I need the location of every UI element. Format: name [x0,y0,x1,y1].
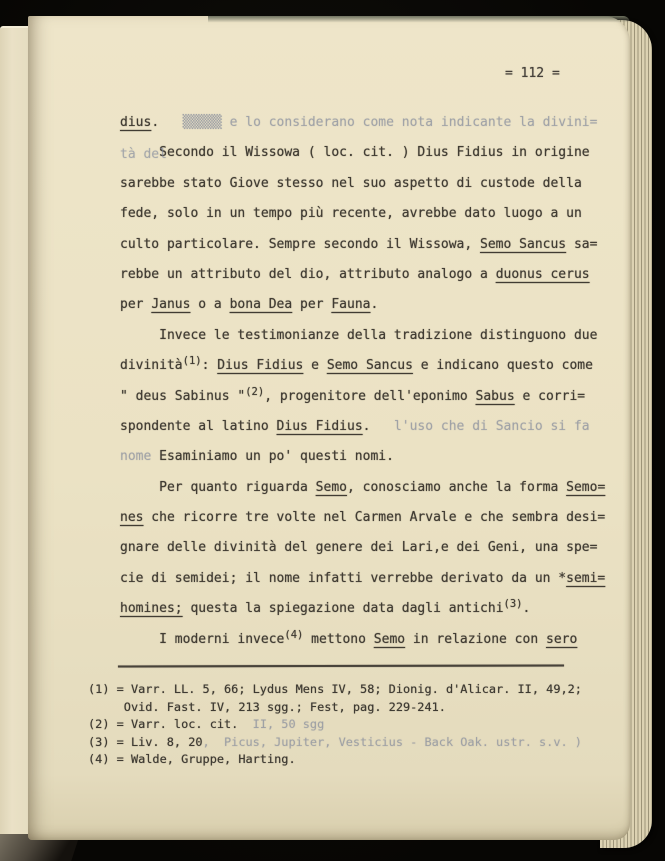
text-run: I moderni invece [120,632,284,647]
typewritten-line: homines; questa la spiegazione data dagl… [120,601,605,631]
text-run: fede, solo in un tempo più recente, avre… [120,206,582,221]
text-run: Dius Fidius [277,419,363,434]
text-run: II, 50 sgg [238,717,324,731]
typewritten-line: nes che ricorre tre volte nel Carmen Arv… [120,510,605,540]
text-run: per [292,297,331,312]
typewritten-line: cie di semidei; il nome infatti verrebbe… [120,571,605,601]
text-run: cie di semidei; il nome infatti verrebbe… [120,571,566,586]
text-run: nome [120,449,151,464]
text-run: Dius Fidius [217,358,303,373]
text-run: , conosciamo anche la forma [347,480,566,495]
text-run: (1) = Varr. LL. 5, 66; Lydus Mens IV, 58… [88,682,582,696]
text-run: Semo Sancus [480,237,566,252]
text-run: Semo= [566,480,605,495]
text-run: l'uso che di Sancio si fa [370,419,589,434]
text-run: divinità [120,358,183,373]
typewritten-line: (1) = Varr. LL. 5, 66; Lydus Mens IV, 58… [88,682,582,700]
book-scan: = 112 = dius. ▒▒▒▒▒ e lo considerano com… [0,0,665,861]
text-run: (2) [245,386,264,398]
text-run: spondente al latino [120,419,277,434]
text-run: Semo [316,480,347,495]
text-run: (4) [284,629,303,641]
text-run: Fauna [331,297,370,312]
typewritten-line: (3) = Liv. 8, 20, Picus, Jupiter, Vestic… [88,735,582,753]
typewritten-line: Invece le testimonianze della tradizione… [120,328,605,358]
typewritten-line: nome Esaminiamo un po' questi nomi. [120,449,605,479]
text-run: Semo [374,632,405,647]
text-run [159,115,182,130]
text-run: Secondo il Wissowa ( loc. cit. ) Dius Fi… [120,145,590,160]
text-run: in relazione con [405,632,546,647]
text-run: : [202,358,218,373]
text-run: bona Dea [230,297,293,312]
text-run: , Picus, Jupiter, Vesticius - Back Oak. … [203,735,582,749]
text-run: sa= [566,237,597,252]
text-run: Janus [151,297,190,312]
typewritten-line: rebbe un attributo del dio, attributo an… [120,267,605,297]
footnotes: (1) = Varr. LL. 5, 66; Lydus Mens IV, 58… [88,682,582,770]
text-run: Ovid. Fast. IV, 213 sgg.; Fest, pag. 229… [88,700,446,714]
text-run: e indicano questo come [413,358,593,373]
text-run: . [151,115,159,130]
text-run: per [120,297,151,312]
typewritten-line: dius. ▒▒▒▒▒ e lo considerano come nota i… [120,115,605,145]
text-run: culto particolare. Sempre secondo il Wis… [120,237,480,252]
text-run: sero [546,632,577,647]
text-run: Per quanto riguarda [120,480,316,495]
text-run: questa la spiegazione data dagli antichi [183,601,504,616]
text-run: gnare delle divinità del genere dei Lari… [120,540,597,555]
text-run: sarebbe stato Giove stesso nel suo aspet… [120,176,582,191]
typewritten-line: gnare delle divinità del genere dei Lari… [120,540,605,570]
page-top-edge [208,16,630,23]
typewritten-line: sarebbe stato Giove stesso nel suo aspet… [120,176,605,206]
text-run: e corri= [515,389,585,404]
typewritten-line: (2) = Varr. loc. cit. II, 50 sgg [88,717,582,735]
typewritten-line: I moderni invece(4) mettono Semo in rela… [120,632,605,662]
ghost-text-fragment: tà del [120,147,167,162]
text-run: " deus Sabinus " [120,389,245,404]
text-run: dius [120,115,151,130]
typewritten-line: divinità(1): Dius Fidius e Semo Sancus e… [120,358,605,388]
typewritten-line: Per quanto riguarda Semo, conosciamo anc… [120,480,605,510]
text-run: . [371,297,379,312]
text-run: e [303,358,326,373]
text-run: , progenitore dell'eponimo [264,389,475,404]
typewritten-line: per Janus o a bona Dea per Fauna. [120,297,605,327]
text-run: rebbe un attributo del dio, attributo an… [120,267,496,282]
typewritten-line: spondente al latino Dius Fidius. l'uso c… [120,419,605,449]
typewritten-line: (4) = Walde, Gruppe, Harting. [88,752,582,770]
typewritten-line: Secondo il Wissowa ( loc. cit. ) Dius Fi… [120,145,605,175]
text-run: nes [120,510,143,525]
text-run: (3) [504,598,523,610]
text-run: ▒▒▒▒▒ [183,115,222,130]
typewritten-line: Ovid. Fast. IV, 213 sgg.; Fest, pag. 229… [88,700,582,718]
text-run: semi= [566,571,605,586]
text-run: . [523,601,531,616]
text-run: (1) [183,355,202,367]
text-run: (3) = Liv. 8, 20 [88,735,203,749]
typewritten-line: culto particolare. Sempre secondo il Wis… [120,237,605,267]
text-run: e lo considerano come nota indicante la … [222,115,598,130]
text-run: o a [190,297,229,312]
text-run: (2) = Varr. loc. cit. [88,717,238,731]
text-run: homines; [120,601,183,616]
text-run: Sabus [476,389,515,404]
text-run: mettono [303,632,373,647]
page: = 112 = dius. ▒▒▒▒▒ e lo considerano com… [28,16,630,840]
footnote-separator [118,665,564,668]
text-run: (4) = Walde, Gruppe, Harting. [88,752,296,766]
text-run: Esaminiamo un po' questi nomi. [151,449,394,464]
typewritten-line: fede, solo in un tempo più recente, avre… [120,206,605,236]
text-run: Invece le testimonianze della tradizione… [120,328,597,343]
text-run: Semo Sancus [327,358,413,373]
page-number: = 112 = [505,66,560,81]
text-run: che ricorre tre volte nel Carmen Arvale … [143,510,605,525]
text-run: duonus cerus [496,267,590,282]
typewritten-line: " deus Sabinus "(2), progenitore dell'ep… [120,389,605,419]
body-text: dius. ▒▒▒▒▒ e lo considerano come nota i… [120,115,605,662]
